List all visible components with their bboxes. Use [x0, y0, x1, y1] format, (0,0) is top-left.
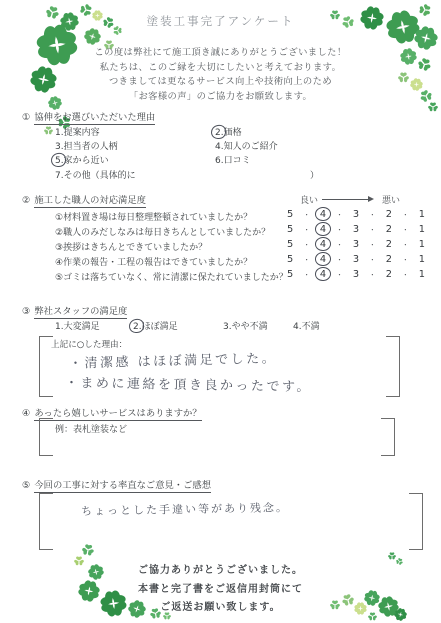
rating-scale: 5・4・3・2・1	[287, 239, 425, 250]
dot-separator: ・	[369, 240, 376, 250]
q1-option-6[interactable]: 6.口コミ	[215, 153, 251, 166]
dot-separator: ・	[402, 255, 409, 265]
right-bracket	[381, 418, 395, 456]
question-2-heading: ②施工した職人の対応満足度	[22, 192, 146, 206]
q5-answer-box[interactable]: ちょっとした手違い等があり残念。	[39, 493, 423, 550]
intro-line: 私たちは、このご縁を大切にしたいと考えております。	[0, 61, 441, 76]
q2-item-4: ④作業の報告・工程の報告はできていましたか？ 5・4・3・2・1	[55, 255, 425, 270]
question-1-heading: ①協伸をお選びいただいた理由	[22, 109, 155, 123]
rating-5[interactable]: 5	[287, 254, 293, 265]
rating-4[interactable]: 4	[320, 254, 326, 265]
rating-4[interactable]: 4	[320, 224, 326, 235]
rating-3[interactable]: 3	[353, 239, 359, 250]
handwritten-comment: ・清潔感 はほぼ満足でした。	[69, 347, 278, 371]
rating-1[interactable]: 1	[419, 209, 425, 220]
dot-separator: ・	[336, 240, 343, 250]
q4-answer-box[interactable]: 例：表札塗装など	[39, 418, 395, 456]
dot-separator: ・	[402, 270, 409, 280]
question-number: ④	[22, 408, 30, 419]
page-title: 塗装工事完了アンケート	[0, 13, 441, 29]
question-1: ①協伸をお選びいただいた理由 1.提案内容 2.価格 3.担当者の人柄 4.知人…	[22, 109, 425, 189]
dot-separator: ・	[303, 240, 310, 250]
rating-3[interactable]: 3	[353, 224, 359, 235]
dot-separator: ・	[336, 270, 343, 280]
q2-item-2: ②職人のみだしなみは毎日きちんとしていましたか？ 5・4・3・2・1	[55, 225, 425, 240]
handwritten-comment: ちょっとした手違い等があり残念。	[81, 499, 289, 519]
rating-5[interactable]: 5	[287, 209, 293, 220]
q1-option-4[interactable]: 4.知人のご紹介	[215, 139, 278, 152]
rating-scale: 5・4・3・2・1	[287, 209, 425, 220]
dot-separator: ・	[303, 210, 310, 220]
right-bracket	[386, 336, 400, 397]
dot-separator: ・	[369, 210, 376, 220]
q1-option-5[interactable]: 5.家から近い	[55, 153, 109, 166]
rating-5[interactable]: 5	[287, 224, 293, 235]
rating-3[interactable]: 3	[353, 209, 359, 220]
rating-scale: 5・4・3・2・1	[287, 269, 425, 280]
dot-separator: ・	[402, 240, 409, 250]
q3-option-2[interactable]: 2.ほぼ満足	[133, 319, 178, 332]
left-bracket	[39, 418, 53, 456]
q3-option-4[interactable]: 4.不満	[293, 319, 320, 332]
q2-item-1: ①材料置き場は毎日整理整頓されていましたか？ 5・4・3・2・1	[55, 210, 425, 225]
dot-separator: ・	[336, 210, 343, 220]
dot-separator: ・	[303, 270, 310, 280]
q3-option-3[interactable]: 3.やや不満	[223, 319, 268, 332]
rating-2[interactable]: 2	[386, 254, 392, 265]
footer-line: 本書と完了書をご返信用封筒にて	[0, 581, 441, 600]
footer-message: ご協力ありがとうございました。 本書と完了書をご返信用封筒にて ご返送お願い致し…	[0, 562, 441, 618]
q3-reason-label: 上記に○した理由：	[51, 338, 127, 350]
rating-2[interactable]: 2	[386, 269, 392, 280]
question-2: ②施工した職人の対応満足度 良い 悪い ①材料置き場は毎日整理整頓されていました…	[22, 192, 425, 292]
q1-other-close-paren: ）	[310, 168, 319, 181]
footer-line: ご協力ありがとうございました。	[0, 562, 441, 581]
dot-separator: ・	[336, 255, 343, 265]
rating-1[interactable]: 1	[419, 269, 425, 280]
question-5: ⑤今回の工事に対する率直なご意見・ご感想 ちょっとした手違い等があり残念。	[22, 477, 425, 557]
q1-option-2[interactable]: 2.価格	[215, 125, 242, 138]
footer-line: ご返送お願い致します。	[0, 599, 441, 618]
rating-2[interactable]: 2	[386, 239, 392, 250]
rating-4[interactable]: 4	[320, 269, 326, 280]
dot-separator: ・	[369, 225, 376, 235]
dot-separator: ・	[369, 255, 376, 265]
rating-4[interactable]: 4	[320, 209, 326, 220]
rating-scale: 5・4・3・2・1	[287, 224, 425, 235]
rating-5[interactable]: 5	[287, 239, 293, 250]
dot-separator: ・	[303, 225, 310, 235]
survey-page: 塗装工事完了アンケート この度は弊社にて施工頂き誠にありがとうございました！ 私…	[0, 0, 441, 623]
question-4-heading: ④あったら嬉しいサービスはありますか？	[22, 405, 202, 419]
scale-bad-label: 悪い	[382, 193, 400, 206]
intro-line: 「お客様の声」のご協力をお願致します。	[0, 90, 441, 105]
rating-2[interactable]: 2	[386, 224, 392, 235]
q4-example-label: 例：表札塗装など	[55, 422, 127, 435]
dot-separator: ・	[369, 270, 376, 280]
intro-line: つきましては更なるサービス向上や技術向上のため	[0, 75, 441, 90]
question-number: ⑤	[22, 480, 30, 491]
dot-separator: ・	[336, 225, 343, 235]
left-bracket	[39, 493, 53, 550]
q1-option-3[interactable]: 3.担当者の人柄	[55, 139, 118, 152]
q1-option-1[interactable]: 1.提案内容	[55, 125, 100, 138]
question-5-heading: ⑤今回の工事に対する率直なご意見・ご感想	[22, 477, 211, 491]
dot-separator: ・	[303, 255, 310, 265]
q2-item-5: ⑤ゴミは落ちていなく、常に清潔に保たれていましたか？ 5・4・3・2・1	[55, 270, 425, 285]
question-number: ③	[22, 306, 30, 317]
intro-line: この度は弊社にて施工頂き誠にありがとうございました！	[0, 46, 441, 61]
dot-separator: ・	[402, 225, 409, 235]
good-to-bad-arrow	[322, 199, 372, 200]
right-bracket	[409, 493, 423, 550]
rating-1[interactable]: 1	[419, 224, 425, 235]
handwritten-comment: ・まめに連絡を頂き良かったです。	[65, 372, 312, 395]
rating-4[interactable]: 4	[320, 239, 326, 250]
rating-3[interactable]: 3	[353, 269, 359, 280]
rating-scale: 5・4・3・2・1	[287, 254, 425, 265]
q1-option-7-other[interactable]: 7.その他（具体的に	[55, 168, 136, 181]
rating-3[interactable]: 3	[353, 254, 359, 265]
question-number: ②	[22, 195, 30, 206]
question-3: ③弊社スタッフの満足度 1.大変満足 2.ほぼ満足 3.やや不満 4.不満 上記…	[22, 303, 425, 403]
rating-1[interactable]: 1	[419, 239, 425, 250]
q3-reason-box[interactable]: 上記に○した理由： ・清潔感 はほぼ満足でした。 ・まめに連絡を頂き良かったです…	[39, 336, 400, 397]
rating-1[interactable]: 1	[419, 254, 425, 265]
q3-option-1[interactable]: 1.大変満足	[55, 319, 100, 332]
clover-icon	[82, 26, 103, 47]
intro-text: この度は弊社にて施工頂き誠にありがとうございました！ 私たちは、このご縁を大切に…	[0, 46, 441, 104]
question-4: ④あったら嬉しいサービスはありますか？ 例：表札塗装など	[22, 405, 425, 465]
rating-2[interactable]: 2	[386, 209, 392, 220]
dot-separator: ・	[402, 210, 409, 220]
scale-good-label: 良い	[300, 193, 318, 206]
rating-5[interactable]: 5	[287, 269, 293, 280]
q2-item-3: ③挨拶はきちんとできていましたか？ 5・4・3・2・1	[55, 240, 425, 255]
question-number: ①	[22, 112, 30, 123]
question-3-heading: ③弊社スタッフの満足度	[22, 303, 127, 317]
